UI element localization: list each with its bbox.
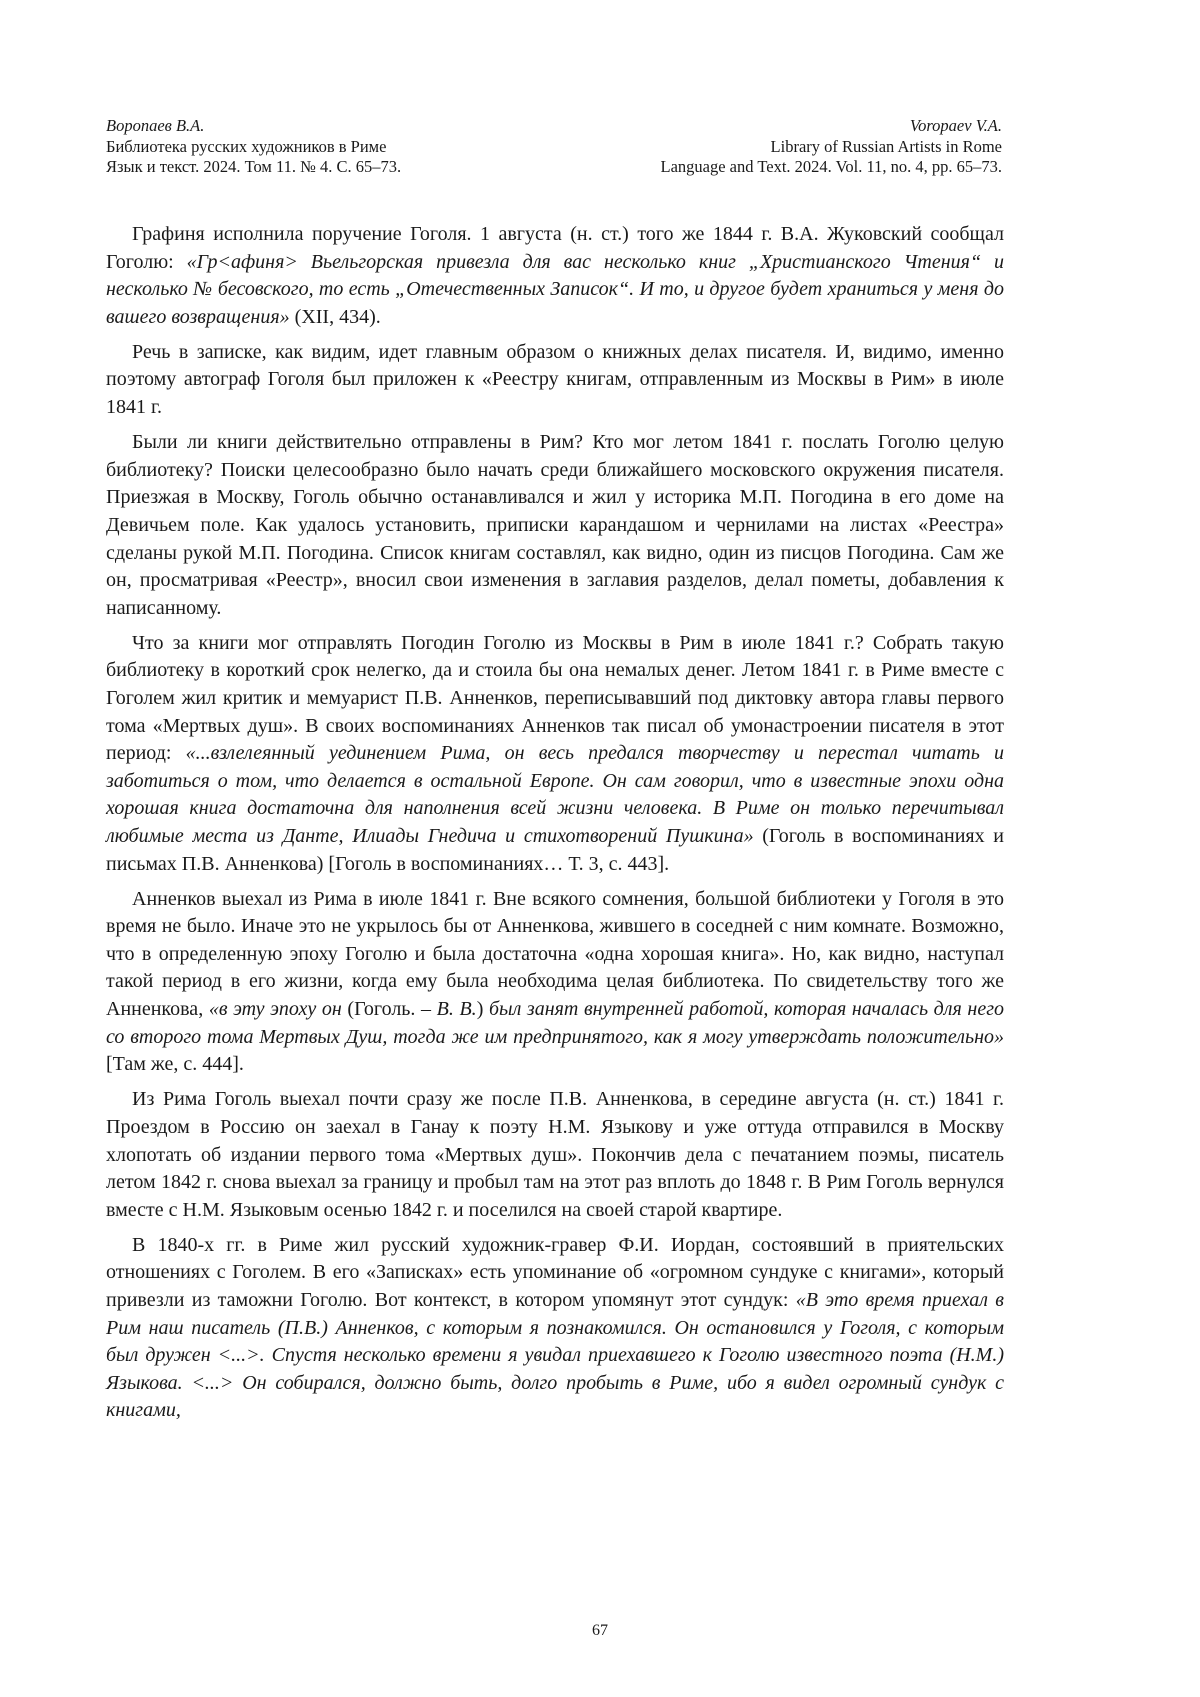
- paragraph-text: Из Рима Гоголь выехал почти сразу же пос…: [106, 1088, 1004, 1220]
- page-number: 67: [0, 1622, 1200, 1640]
- article-body: Графиня исполнила поручение Гоголя. 1 ав…: [106, 221, 1004, 1432]
- body-paragraph: Графиня исполнила поручение Гоголя. 1 ав…: [106, 221, 1004, 331]
- header-title-en: Library of Russian Artists in Rome: [661, 137, 1003, 158]
- paragraph-text: ): [477, 998, 489, 1020]
- header-english: Voropaev V.A. Library of Russian Artists…: [661, 116, 1003, 178]
- quotation-text: «в эту эпоху он: [209, 998, 342, 1020]
- header-author-ru: Воропаев В.А.: [106, 116, 401, 137]
- header-author-en: Voropaev V.A.: [661, 116, 1003, 137]
- body-paragraph: Речь в записке, как видим, идет главным …: [106, 339, 1004, 422]
- header-title-ru: Библиотека русских художников в Риме: [106, 137, 401, 158]
- body-paragraph: Что за книги мог отправлять Погодин Гого…: [106, 630, 1004, 878]
- header-citation-ru: Язык и текст. 2024. Том 11. № 4. С. 65–7…: [106, 157, 401, 178]
- paragraph-text: Речь в записке, как видим, идет главным …: [106, 341, 1004, 418]
- paragraph-text: (XII, 434).: [290, 306, 381, 328]
- body-paragraph: В 1840-х гг. в Риме жил русский художник…: [106, 1232, 1004, 1425]
- header-russian: Воропаев В.А. Библиотека русских художни…: [106, 116, 401, 178]
- running-header: Воропаев В.А. Библиотека русских художни…: [106, 116, 1002, 178]
- body-paragraph: Анненков выехал из Рима в июле 1841 г. В…: [106, 886, 1004, 1079]
- header-citation-en: Language and Text. 2024. Vol. 11, no. 4,…: [661, 157, 1003, 178]
- paragraph-text: Были ли книги действительно отправлены в…: [106, 431, 1004, 619]
- paragraph-text: [Там же, с. 444].: [106, 1053, 244, 1075]
- body-paragraph: Были ли книги действительно отправлены в…: [106, 429, 1004, 622]
- body-paragraph: Из Рима Гоголь выехал почти сразу же пос…: [106, 1086, 1004, 1224]
- paragraph-text: (Гоголь. –: [342, 998, 437, 1020]
- quotation-text: В. В.: [437, 998, 477, 1020]
- quotation-text: «Гр<афиня> Вьельгорская привезла для вас…: [106, 251, 1004, 328]
